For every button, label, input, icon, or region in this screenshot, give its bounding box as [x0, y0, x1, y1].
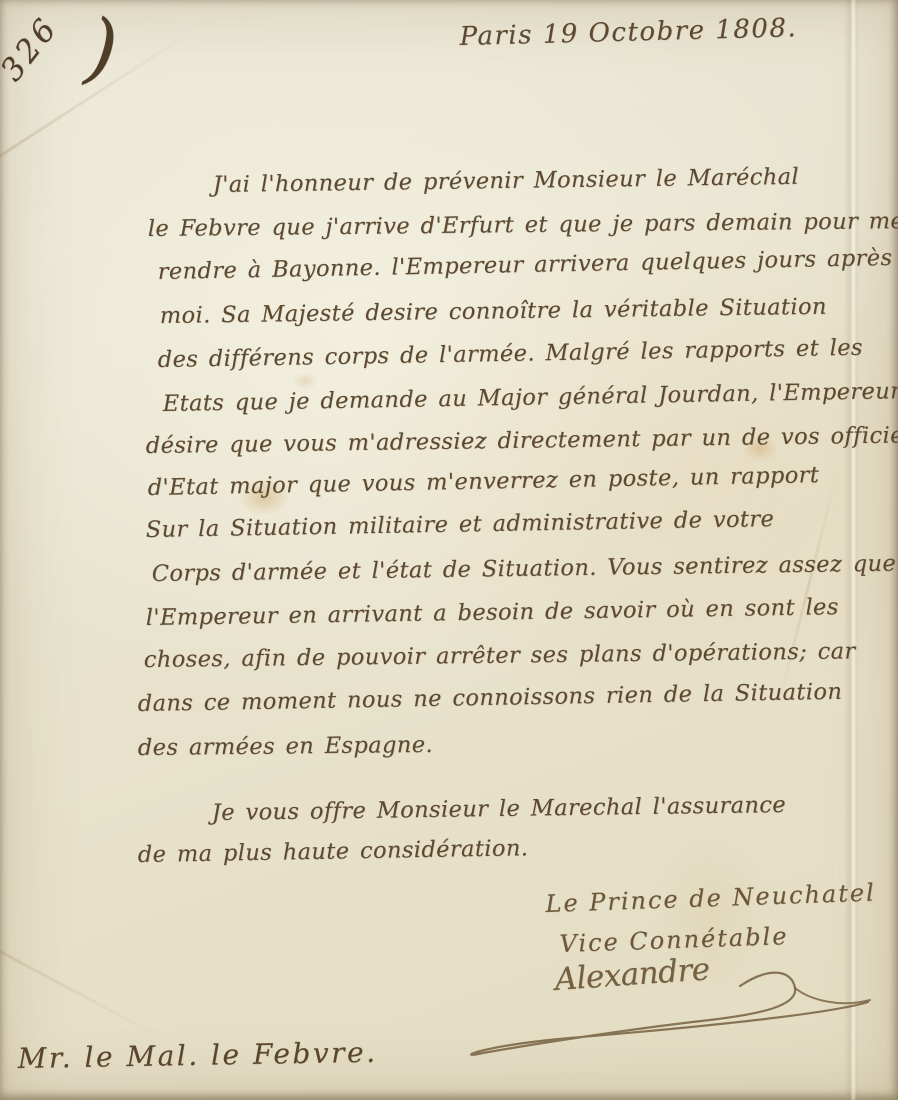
signature-title-line: Le Prince de Neuchatel — [545, 878, 876, 918]
fold-crease-bottom-left — [0, 946, 160, 1038]
ink-stain — [292, 372, 318, 390]
folio-paren-mark: ) — [82, 2, 122, 95]
letter-line: le Febvre que j'arrive d'Erfurt et que j… — [148, 208, 898, 242]
letter-page: 326 ) Paris 19 Octobre 1808. J'ai l'honn… — [0, 0, 898, 1100]
letter-line: dans ce moment nous ne connoissons rien … — [138, 679, 843, 717]
letter-line: des différens corps de l'armée. Malgré l… — [158, 335, 864, 373]
letter-line: l'Empereur en arrivant a besoin de savoi… — [146, 594, 839, 631]
letter-line: Je vous offre Monsieur le Marechal l'ass… — [212, 792, 787, 826]
dateline: Paris 19 Octobre 1808. — [459, 13, 797, 52]
letter-line: J'ai l'honneur de prévenir Monsieur le M… — [213, 164, 800, 198]
letter-line: des armées en Espagne. — [138, 732, 433, 761]
letter-line: moi. Sa Majesté desire connoître la véri… — [160, 294, 827, 329]
letter-line: Etats que je demande au Major général Jo… — [163, 378, 898, 417]
letter-line: choses, afin de pouvoir arrêter ses plan… — [144, 638, 856, 673]
letter-line: Sur la Situation militaire et administra… — [146, 506, 775, 543]
letter-line: de ma plus haute considération. — [138, 835, 529, 868]
signature: Alexandre — [553, 951, 710, 998]
letter-line: d'Etat major que vous m'enverrez en post… — [148, 462, 820, 501]
letter-line: désire que vous m'adressiez directement … — [146, 422, 898, 459]
letter-line: Corps d'armée et l'état de Situation. Vo… — [152, 551, 897, 587]
letter-line: rendre à Bayonne. l'Empereur arrivera qu… — [158, 245, 893, 285]
signature-title-line: Vice Connétable — [559, 922, 789, 958]
fold-crease-right — [844, 0, 860, 1100]
fold-crease-mid-right — [777, 473, 838, 707]
folio-number: 326 — [0, 10, 66, 88]
address-line: Mr. le Mal. le Febvre. — [17, 1036, 377, 1075]
